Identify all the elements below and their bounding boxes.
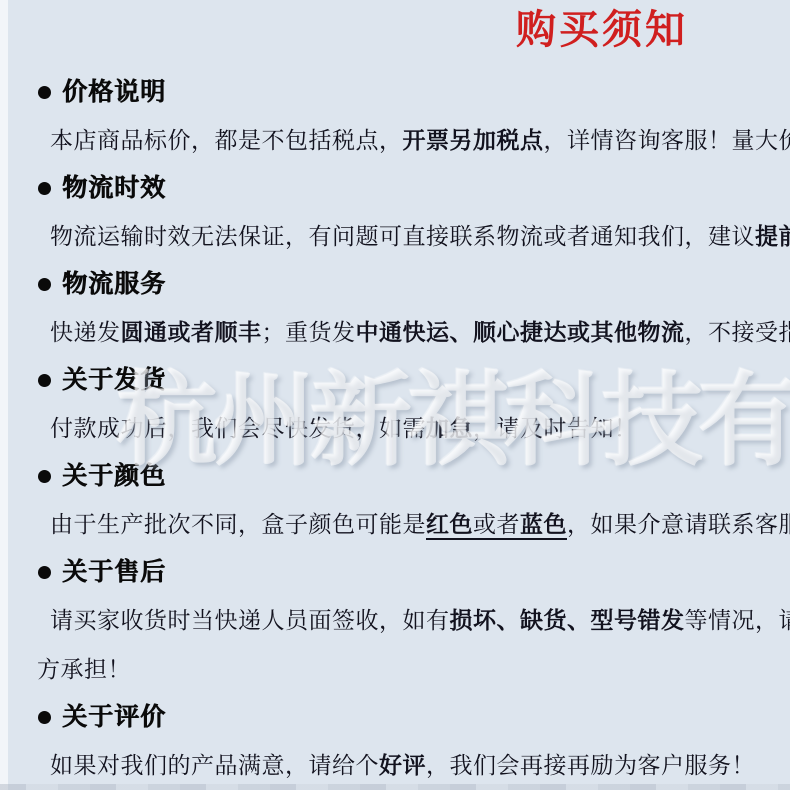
section-heading-row-delivery: 关于发货 — [0, 366, 790, 394]
section-heading-logistics: 物流服务 — [62, 270, 166, 298]
bullet-icon — [38, 182, 51, 195]
section-heading-review: 关于评价 — [62, 703, 166, 731]
section-body-price: 本店商品标价，都是不包括税点，开票另加税点，详情咨询客服！量大价格从 — [0, 127, 790, 155]
section-body-shipping-time: 物流运输时效无法保证，有问题可直接联系物流或者通知我们，建议提前安排 — [0, 223, 790, 251]
section-heading-row-price: 价格说明 — [0, 78, 790, 106]
section-heading-aftersale: 关于售后 — [62, 558, 166, 586]
section-heading-delivery: 关于发货 — [62, 366, 166, 394]
section-body-review: 如果对我们的产品满意，请给个好评，我们会再接再励为客户服务！ — [0, 752, 790, 780]
section-heading-row-color: 关于颜色 — [0, 462, 790, 490]
scan-edge-left — [0, 0, 8, 790]
section-heading-price: 价格说明 — [62, 78, 166, 106]
section-heading-color: 关于颜色 — [62, 462, 166, 490]
section-body-aftersale-line2: 方承担！ — [0, 656, 790, 684]
page: 购买须知 价格说明 本店商品标价，都是不包括税点，开票另加税点，详情咨询客服！量… — [0, 0, 790, 790]
section-heading-row-shipping-time: 物流时效 — [0, 174, 790, 202]
bullet-icon — [38, 711, 51, 724]
bullet-icon — [38, 470, 51, 483]
section-body-delivery: 付款成功后，我们会尽快发货，如需加急，请及时告知！ — [0, 415, 790, 443]
bullet-icon — [38, 278, 51, 291]
bullet-icon — [38, 566, 51, 579]
section-heading-shipping-time: 物流时效 — [62, 174, 166, 202]
section-body-aftersale-line1: 请买家收货时当快递人员面签收，如有损坏、缺货、型号错发等情况，请拍照 — [0, 607, 790, 635]
scan-edge-bottom — [0, 784, 790, 790]
section-heading-row-aftersale: 关于售后 — [0, 558, 790, 586]
bullet-icon — [38, 86, 51, 99]
section-heading-row-logistics: 物流服务 — [0, 270, 790, 298]
section-body-color: 由于生产批次不同，盒子颜色可能是红色或者蓝色，如果介意请联系客服，若 — [0, 511, 790, 539]
bullet-icon — [38, 374, 51, 387]
section-body-logistics: 快递发圆通或者顺丰；重货发中通快运、顺心捷达或其他物流，不接受指定物 — [0, 319, 790, 347]
notice-content: 价格说明 本店商品标价，都是不包括税点，开票另加税点，详情咨询客服！量大价格从 … — [0, 0, 790, 780]
section-heading-row-review: 关于评价 — [0, 703, 790, 731]
